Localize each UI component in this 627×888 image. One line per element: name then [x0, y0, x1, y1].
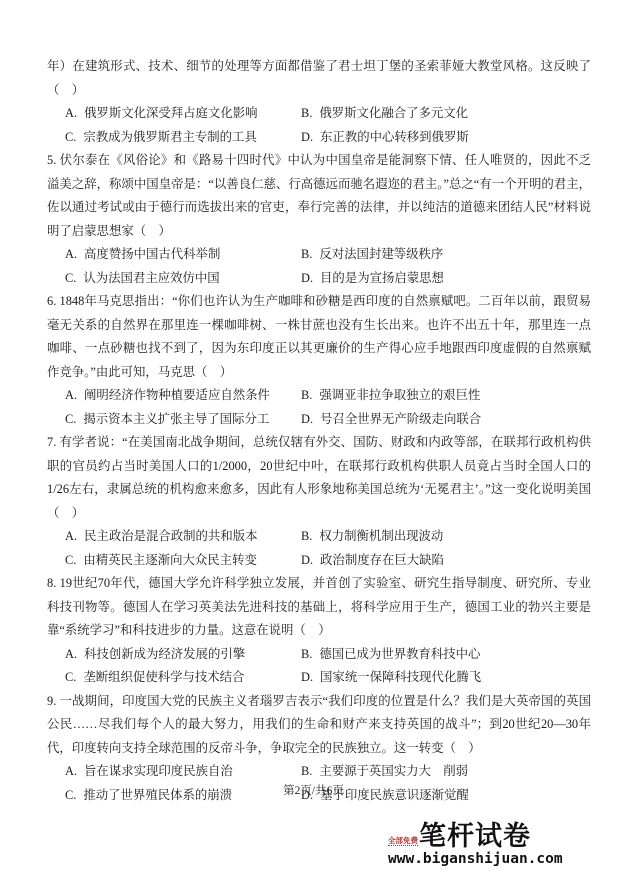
option-label: A. [65, 647, 77, 661]
question-stem: 7. 有学者说：“在美国南北战争期间，总统仅辖有外交、国防、财政和内政等部，在联… [47, 431, 591, 525]
option-text: 号召全世界无产阶级走向联合 [320, 412, 481, 426]
question-stem: 年）在建筑形式、技术、细节的处理等方面都借鉴了君士坦丁堡的圣索菲娅大教堂风格。这… [47, 55, 591, 102]
option-text: 由精英民主逐渐向大众民主转变 [83, 553, 256, 567]
page-number: 第2页/共6页 [0, 782, 627, 798]
option-label: A. [65, 764, 77, 778]
option-label: D. [301, 130, 313, 144]
option-text: 揭示资本主义扩张主导了国际分工 [83, 412, 269, 426]
option-a: A.科技创新成为经济发展的引擎 [65, 643, 301, 667]
option-text: 宗教成为俄罗斯君主专制的工具 [83, 130, 256, 144]
exam-content: 年）在建筑形式、技术、细节的处理等方面都借鉴了君士坦丁堡的圣索菲娅大教堂风格。这… [47, 55, 591, 807]
question-options: A.民主政治是混合政制的共和版本 B.权力制衡机制出现波动 C.由精英民主逐渐向… [47, 525, 591, 572]
option-a: A.民主政治是混合政制的共和版本 [65, 525, 301, 549]
option-text: 俄罗斯文化融合了多元文化 [319, 106, 468, 120]
option-d: D.政治制度存在巨大缺陷 [301, 549, 591, 573]
question-options: A.科技创新成为经济发展的引擎 B.德国已成为世界教育科技中心 C.垄断组织促使… [47, 643, 591, 690]
option-a: A.阐明经济作物种植要适应自然条件 [65, 384, 301, 408]
option-text: 俄罗斯文化深受拜占庭文化影响 [84, 106, 257, 120]
question-6: 6. 1848年马克思指出：“你们也许认为生产咖啡和砂糖是西印度的自然禀赋吧。二… [47, 290, 591, 431]
option-label: C. [65, 670, 76, 684]
site-watermark: 全部免费 笔杆试卷 www.biganshijuan.com [388, 822, 563, 869]
watermark-url: www.biganshijuan.com [388, 851, 563, 868]
question-stem: 5. 伏尔泰在《风俗论》和《路易十四时代》中认为中国皇帝是能洞察下情、任人唯贤的… [47, 149, 591, 243]
option-label: B. [301, 764, 312, 778]
option-label: C. [65, 553, 76, 567]
option-c: C.认为法国君主应效仿中国 [65, 267, 301, 291]
option-label: B. [301, 529, 312, 543]
option-label: A. [65, 529, 77, 543]
option-text: 科技创新成为经济发展的引擎 [84, 647, 245, 661]
option-label: A. [65, 388, 77, 402]
watermark-brand-row: 全部免费 笔杆试卷 [388, 822, 563, 850]
option-label: C. [65, 271, 76, 285]
option-text: 权力制衡机制出现波动 [319, 529, 443, 543]
question-options: A.阐明经济作物种植要适应自然条件 B.强调亚非拉争取独立的艰巨性 C.揭示资本… [47, 384, 591, 431]
option-text: 政治制度存在巨大缺陷 [320, 553, 444, 567]
option-text: 垄断组织促使科学与技术结合 [83, 670, 244, 684]
question-4-continued: 年）在建筑形式、技术、细节的处理等方面都借鉴了君士坦丁堡的圣索菲娅大教堂风格。这… [47, 55, 591, 149]
option-label: A. [65, 106, 77, 120]
option-b: B.权力制衡机制出现波动 [301, 525, 591, 549]
option-text: 认为法国君主应效仿中国 [83, 271, 219, 285]
question-5: 5. 伏尔泰在《风俗论》和《路易十四时代》中认为中国皇帝是能洞察下情、任人唯贤的… [47, 149, 591, 290]
question-stem: 8. 19世纪70年代，德国大学允许科学独立发展，并首创了实验室、研究生指导制度… [47, 572, 591, 643]
option-text: 旨在谋求实现印度民族自治 [84, 764, 233, 778]
option-c: C.揭示资本主义扩张主导了国际分工 [65, 408, 301, 432]
option-label: B. [301, 647, 312, 661]
option-label: C. [65, 412, 76, 426]
option-c: C.由精英民主逐渐向大众民主转变 [65, 549, 301, 573]
option-d: D.东正教的中心转移到俄罗斯 [301, 126, 591, 150]
option-b: B.反对法国封建等级秩序 [301, 243, 591, 267]
option-label: B. [301, 247, 312, 261]
question-8: 8. 19世纪70年代，德国大学允许科学独立发展，并首创了实验室、研究生指导制度… [47, 572, 591, 690]
option-d: D.号召全世界无产阶级走向联合 [301, 408, 591, 432]
question-stem: 9. 一战期间，印度国大党的民族主义者瑙罗吉表示“我们印度的位置是什么？我们是大… [47, 690, 591, 761]
option-label: D. [301, 412, 313, 426]
option-a: A.旨在谋求实现印度民族自治 [65, 760, 301, 784]
watermark-tagline: 全部免费 [388, 836, 418, 846]
option-text: 高度赞扬中国古代科举制 [84, 247, 220, 261]
option-text: 主要源于英国实力大 削弱 [319, 764, 468, 778]
option-text: 阐明经济作物种植要适应自然条件 [84, 388, 270, 402]
option-text: 德国已成为世界教育科技中心 [319, 647, 480, 661]
option-text: 国家统一保障科技现代化腾飞 [320, 670, 481, 684]
option-d: D.目的是为宣扬启蒙思想 [301, 267, 591, 291]
option-b: B.俄罗斯文化融合了多元文化 [301, 102, 591, 126]
exam-paper-page: 年）在建筑形式、技术、细节的处理等方面都借鉴了君士坦丁堡的圣索菲娅大教堂风格。这… [0, 0, 627, 888]
question-options: A.俄罗斯文化深受拜占庭文化影响 B.俄罗斯文化融合了多元文化 C.宗教成为俄罗… [47, 102, 591, 149]
question-options: A.高度赞扬中国古代科举制 B.反对法国封建等级秩序 C.认为法国君主应效仿中国… [47, 243, 591, 290]
option-b: B.强调亚非拉争取独立的艰巨性 [301, 384, 591, 408]
option-text: 东正教的中心转移到俄罗斯 [320, 130, 469, 144]
option-text: 反对法国封建等级秩序 [319, 247, 443, 261]
watermark-brand: 笔杆试卷 [419, 822, 531, 850]
option-b: B.主要源于英国实力大 削弱 [301, 760, 591, 784]
option-label: A. [65, 247, 77, 261]
option-label: B. [301, 388, 312, 402]
option-d: D.国家统一保障科技现代化腾飞 [301, 666, 591, 690]
option-a: A.高度赞扬中国古代科举制 [65, 243, 301, 267]
option-text: 强调亚非拉争取独立的艰巨性 [319, 388, 480, 402]
option-c: C.垄断组织促使科学与技术结合 [65, 666, 301, 690]
question-7: 7. 有学者说：“在美国南北战争期间，总统仅辖有外交、国防、财政和内政等部，在联… [47, 431, 591, 572]
option-label: D. [301, 553, 313, 567]
option-text: 民主政治是混合政制的共和版本 [84, 529, 257, 543]
option-label: C. [65, 130, 76, 144]
option-a: A.俄罗斯文化深受拜占庭文化影响 [65, 102, 301, 126]
option-b: B.德国已成为世界教育科技中心 [301, 643, 591, 667]
question-stem: 6. 1848年马克思指出：“你们也许认为生产咖啡和砂糖是西印度的自然禀赋吧。二… [47, 290, 591, 384]
option-label: B. [301, 106, 312, 120]
option-label: D. [301, 670, 313, 684]
option-c: C.宗教成为俄罗斯君主专制的工具 [65, 126, 301, 150]
option-label: D. [301, 271, 313, 285]
option-text: 目的是为宣扬启蒙思想 [320, 271, 444, 285]
